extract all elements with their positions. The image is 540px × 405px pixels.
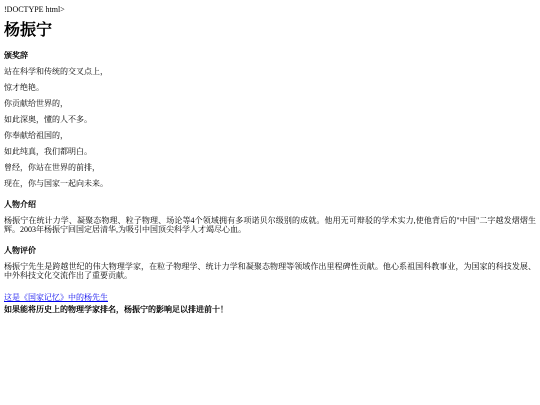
person-intro-paragraph: 杨振宁在统计力学、凝聚态物理、粒子物理、场论等4个领域拥有多项诺贝尔级别的成就。…	[4, 216, 536, 234]
person-intro-heading: 人物介绍	[4, 200, 536, 209]
award-citation-line: 你奉献给祖国的，	[4, 131, 536, 140]
award-citation-line: 你贡献给世界的，	[4, 99, 536, 108]
award-citation-line: 惊才绝艳。	[4, 83, 536, 92]
award-citation-line: 现在，你与国家一起向未来。	[4, 179, 536, 188]
award-citation-line: 曾经，你站在世界的前排，	[4, 163, 536, 172]
person-evaluation-paragraph: 杨振宁先生是跨越世纪的伟大物理学家，在粒子物理学、统计力学和凝聚态物理等领域作出…	[4, 262, 536, 280]
video-link-row: 这是《国家记忆》中的杨先生	[4, 293, 536, 302]
award-citation-line: 如此纯真，我们都明白。	[4, 147, 536, 156]
person-evaluation-heading: 人物评价	[4, 246, 536, 255]
award-citation-line: 站在科学和传统的交叉点上，	[4, 67, 536, 76]
stray-doctype-text: !DOCTYPE html>	[4, 5, 536, 14]
award-citation-line: 如此深奥，懂的人不多。	[4, 115, 536, 124]
national-memory-video-link[interactable]: 这是《国家记忆》中的杨先生	[4, 293, 108, 302]
webpage-body: { "page": { "stray_doctype_text": "!DOCT…	[4, 4, 536, 401]
closing-statement: 如果能将历史上的物理学家排名，杨振宁的影响足以排进前十！	[4, 305, 536, 314]
page-title: 杨振宁	[4, 22, 536, 39]
award-citation-heading: 颁奖辞	[4, 51, 536, 60]
